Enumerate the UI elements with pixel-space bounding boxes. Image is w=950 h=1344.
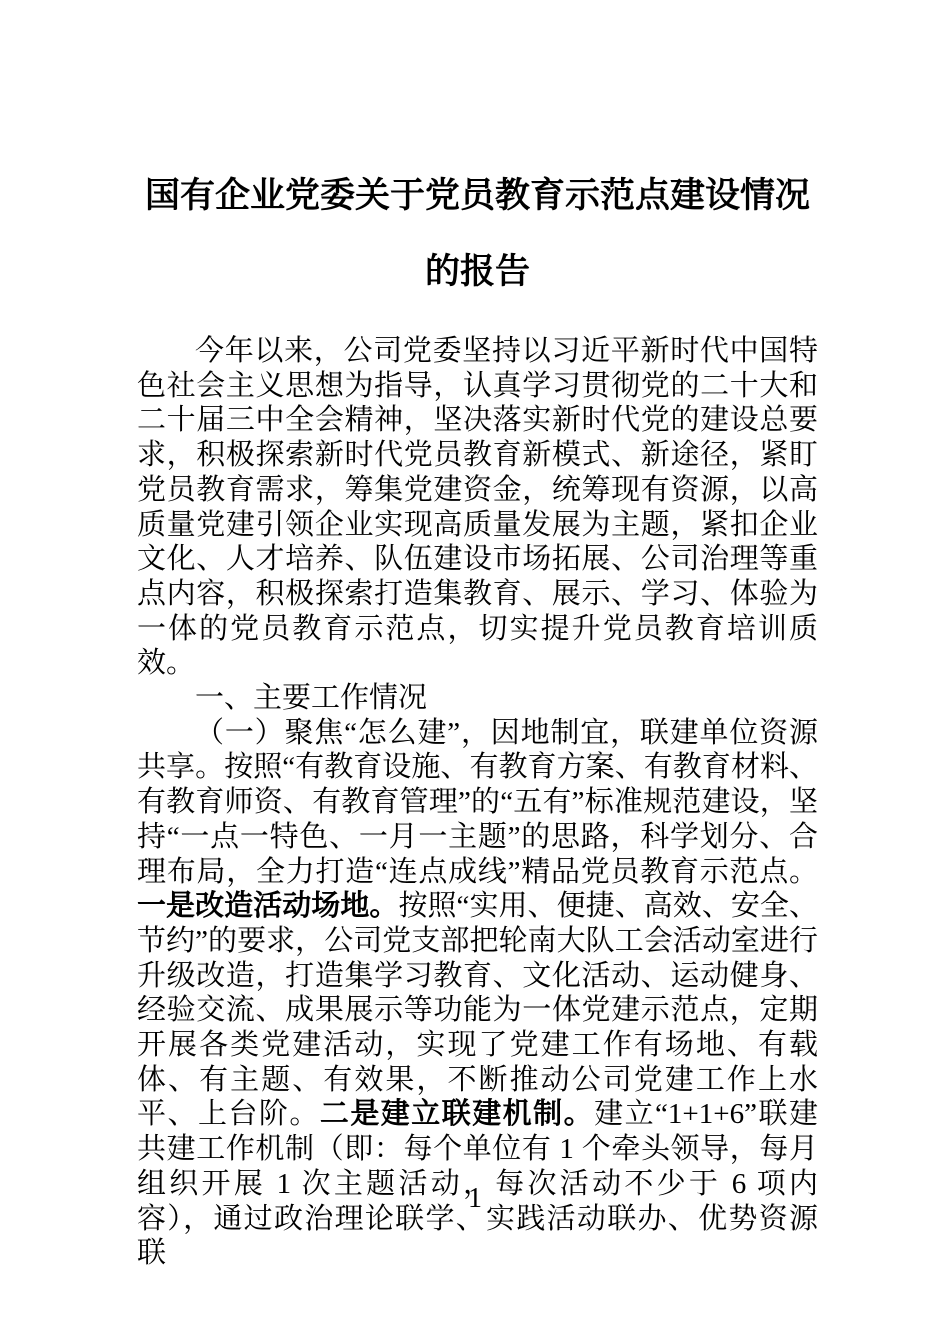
text-run: 一、主要工作情况 [195, 682, 427, 714]
paragraph-intro: 今年以来，公司党委坚持以习近平新时代中国特色社会主义思想为指导，认真学习贯彻党的… [137, 334, 818, 681]
document-body: 今年以来，公司党委坚持以习近平新时代中国特色社会主义思想为指导，认真学习贯彻党的… [137, 334, 818, 1271]
document-page: 国有企业党委关于党员教育示范点建设情况的报告 今年以来，公司党委坚持以习近平新时… [0, 0, 950, 1344]
text-run: （一）聚焦“怎么建”，因地制宜，联建单位资源共享。按照“有教育设施、有教育方案、… [137, 717, 818, 888]
text-run: 今年以来，公司党委坚持以习近平新时代中国特色社会主义思想为指导，认真学习贯彻党的… [137, 335, 818, 679]
document-content: 国有企业党委关于党员教育示范点建设情况的报告 今年以来，公司党委坚持以习近平新时… [137, 0, 818, 1271]
text-run: 按照“实用、便捷、高效、安全、节约”的要求，公司党支部把轮南大队工会活动室进行升… [137, 890, 818, 1130]
document-title: 国有企业党委关于党员教育示范点建设情况的报告 [137, 0, 818, 310]
bold-run: 一是改造活动场地。 [137, 890, 398, 922]
bold-run: 二是建立联建机制。 [320, 1098, 594, 1130]
page-number: 1 [0, 1183, 950, 1215]
section-heading: 一、主要工作情况 [137, 681, 818, 716]
